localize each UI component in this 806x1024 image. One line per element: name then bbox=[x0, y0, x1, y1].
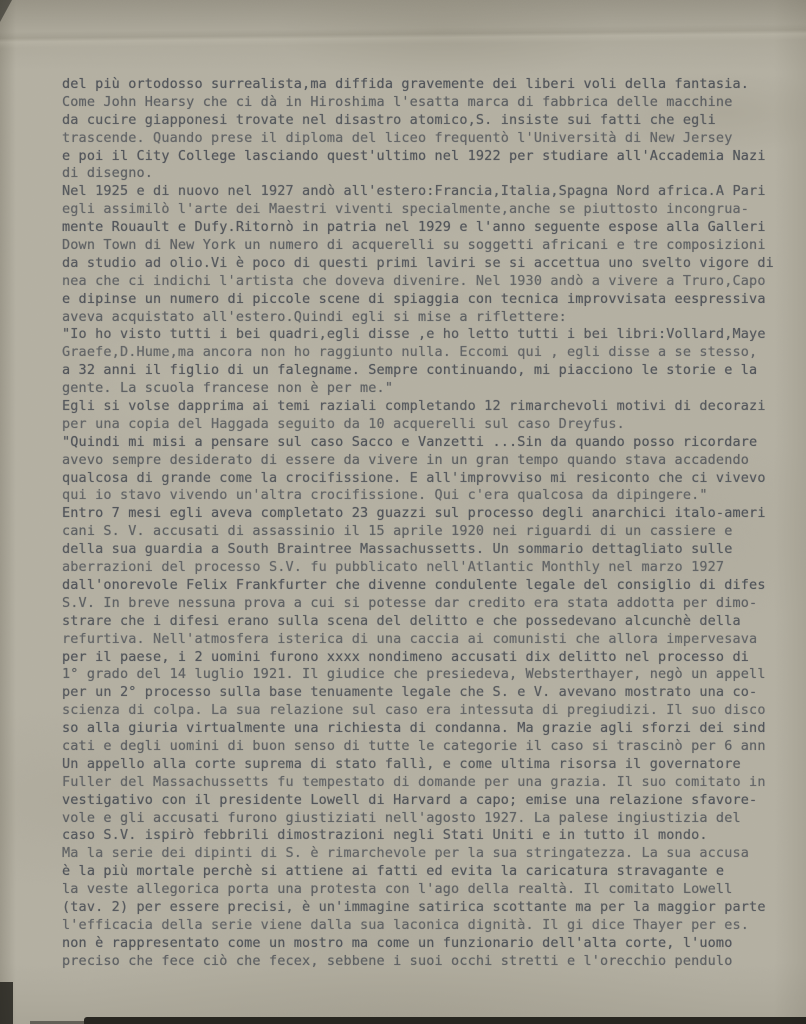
text-line: vestigativo con il presidente Lowell di … bbox=[62, 792, 806, 810]
text-line: qui io stavo vivendo un'altra crocifissi… bbox=[62, 487, 806, 505]
text-line: avevo sempre desiderato di essere da viv… bbox=[62, 452, 806, 470]
text-line: aberrazioni del processo S.V. fu pubblic… bbox=[62, 559, 806, 577]
text-line: l'efficacia della serie viene dalla sua … bbox=[62, 917, 806, 935]
text-line: Come John Hearsy che ci dà in Hiroshima … bbox=[62, 94, 806, 112]
text-line: nea che ci indichi l'artista che doveva … bbox=[62, 273, 806, 291]
typewritten-page: del più ortodosso surrealista,ma diffida… bbox=[0, 0, 806, 1024]
page-text: del più ortodosso surrealista,ma diffida… bbox=[62, 76, 806, 971]
text-line: caso S.V. ispirò febbrili dimostrazioni … bbox=[62, 827, 806, 845]
text-line: Ma la serie dei dipinti di S. è rimarche… bbox=[62, 845, 806, 863]
text-line: da cucire giapponesi trovate nel disastr… bbox=[62, 112, 806, 130]
text-line: di disegno. bbox=[62, 165, 806, 183]
text-line: la veste allegorica porta una protesta c… bbox=[62, 881, 806, 899]
text-line: Nel 1925 e di nuovo nel 1927 andò all'es… bbox=[62, 183, 806, 201]
text-line: Egli si volse dapprima ai temi raziali c… bbox=[62, 398, 806, 416]
text-line: per il paese, i 2 uomini furono xxxx non… bbox=[62, 649, 806, 667]
text-line: della sua guardia a South Braintree Mass… bbox=[62, 541, 806, 559]
text-line: qualcosa di grande come la crocifissione… bbox=[62, 470, 806, 488]
text-line: so alla giuria virtualmente una richiest… bbox=[62, 720, 806, 738]
text-line: strare che i difesi erano sulla scena de… bbox=[62, 613, 806, 631]
scan-edge-bottom-left bbox=[0, 982, 13, 1024]
text-line: cani S. V. accusati di assassinio il 15 … bbox=[62, 523, 806, 541]
text-line: vole e gli accusati furono giustiziati n… bbox=[62, 810, 806, 828]
text-line: a 32 anni il figlio di un falegname. Sem… bbox=[62, 362, 806, 380]
text-line: preciso che fece ciò che fecex, sebbene … bbox=[62, 953, 806, 971]
text-line: cati e degli uomini di buon senso di tut… bbox=[62, 738, 806, 756]
text-line: refurtiva. Nell'atmosfera isterica di un… bbox=[62, 631, 806, 649]
text-line: Fuller del Massachussetts fu tempestato … bbox=[62, 774, 806, 792]
text-line: per un 2° processo sulla base tenuamente… bbox=[62, 684, 806, 702]
text-line: dall'onorevole Felix Frankfurter che div… bbox=[62, 577, 806, 595]
text-line: gente. La scuola francese non è per me." bbox=[62, 380, 806, 398]
text-line: e poi il City College lasciando quest'ul… bbox=[62, 148, 806, 166]
text-line: è la più mortale perchè si attiene ai fa… bbox=[62, 863, 806, 881]
scan-edge-bottom bbox=[84, 1017, 806, 1024]
text-line: aveva acquistato all'estero.Quindi egli … bbox=[62, 309, 806, 327]
text-line: 1° grado del 14 luglio 1921. Il giudice … bbox=[62, 666, 806, 684]
text-line: (tav. 2) per essere precisi, è un'immagi… bbox=[62, 899, 806, 917]
text-line: "Io ho visto tutti i bei quadri,egli dis… bbox=[62, 326, 806, 344]
paper-crease bbox=[0, 24, 806, 49]
text-line: scienza di colpa. La sua relazione sul c… bbox=[62, 702, 806, 720]
text-line: egli assimilò l'arte dei Maestri viventi… bbox=[62, 201, 806, 219]
text-line: Entro 7 mesi egli aveva completato 23 gu… bbox=[62, 505, 806, 523]
text-line: per una copia del Haggada seguito da 10 … bbox=[62, 416, 806, 434]
scan-edge-top-left bbox=[0, 0, 12, 22]
text-line: e dipinse un numero di piccole scene di … bbox=[62, 291, 806, 309]
text-line: da studio ad olio.Vi è poco di questi pr… bbox=[62, 255, 806, 273]
text-line: "Quindi mi misi a pensare sul caso Sacco… bbox=[62, 434, 806, 452]
text-line: Down Town di New York un numero di acque… bbox=[62, 237, 806, 255]
text-line: del più ortodosso surrealista,ma diffida… bbox=[62, 76, 806, 94]
text-line: Graefe,D.Hume,ma ancora non ho raggiunto… bbox=[62, 344, 806, 362]
text-line: Un appello alla corte suprema di stato f… bbox=[62, 756, 806, 774]
text-line: trascende. Quando prese il diploma del l… bbox=[62, 130, 806, 148]
text-line: mente Rouault e Dufy.Ritornò in patria n… bbox=[62, 219, 806, 237]
text-line: S.V. In breve nessuna prova a cui si pot… bbox=[62, 595, 806, 613]
text-line: non è rappresentato come un mostro ma co… bbox=[62, 935, 806, 953]
